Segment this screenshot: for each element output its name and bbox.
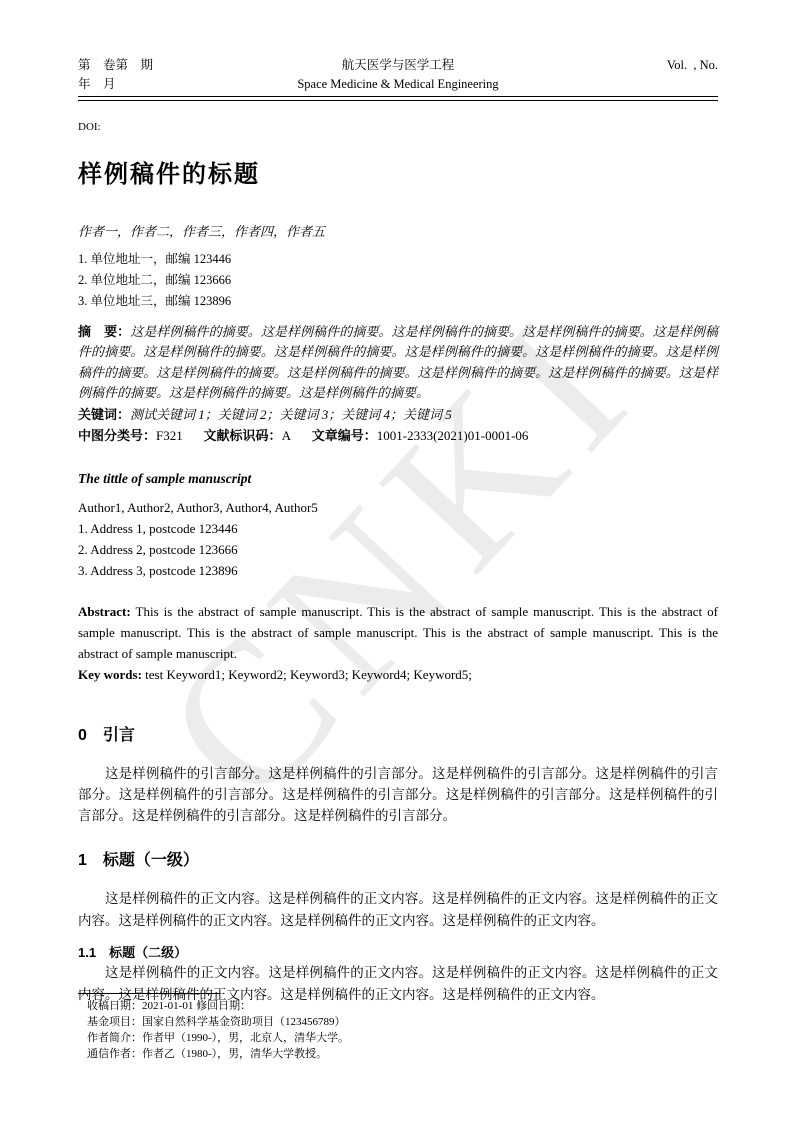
affiliation-cn-3: 3. 单位地址三，邮编 123896	[78, 291, 718, 312]
footnote-rule	[78, 993, 220, 994]
abstract-en-text: This is the abstract of sample manuscrip…	[78, 604, 718, 661]
doi-line: DOI:	[78, 121, 718, 133]
affiliation-en-1: 1. Address 1, postcode 123446	[78, 518, 718, 539]
footnote-block: 收稿日期：2021-01-01 修回日期： 基金项目：国家自然科学基金资助项目（…	[78, 993, 718, 1062]
affiliations-cn: 1. 单位地址一，邮编 123446 2. 单位地址二，邮编 123666 3.…	[78, 249, 718, 312]
intro-paragraph: 这是样例稿件的引言部分。这是样例稿件的引言部分。这是样例稿件的引言部分。这是样例…	[78, 763, 718, 827]
keywords-en-label: Key words:	[78, 667, 142, 682]
article-title-cn: 样例稿件的标题	[78, 161, 718, 189]
affiliation-cn-1: 1. 单位地址一，邮编 123446	[78, 249, 718, 270]
section-heading-intro: 0 引言	[78, 725, 718, 747]
clc-value: F321	[156, 428, 183, 443]
abstract-cn-label: 摘 要：	[78, 324, 130, 339]
keywords-en-text: test Keyword1; Keyword2; Keyword3; Keywo…	[145, 667, 472, 682]
journal-header: 第 卷第 期 年 月 航天医学与医学工程 Space Medicine & Me…	[78, 56, 718, 94]
affiliation-en-2: 2. Address 2, postcode 123666	[78, 539, 718, 560]
section-heading-1: 1 标题（一级）	[78, 850, 718, 872]
vol-no-line: Vol. , No.	[568, 56, 718, 75]
article-title-en: The tittle of sample manuscript	[78, 470, 718, 488]
article-id-value: 1001-2333(2021)01-0001-06	[377, 428, 529, 443]
doc-code-value: A	[282, 428, 291, 443]
doc-code-label: 文献标识码：	[204, 428, 282, 443]
article-id-label: 文章编号：	[312, 428, 377, 443]
journal-title-en: Space Medicine & Medical Engineering	[228, 75, 568, 94]
header-double-rule	[78, 96, 718, 101]
authors-en: Author1, Author2, Author3, Author4, Auth…	[78, 497, 718, 518]
affiliation-en-3: 3. Address 3, postcode 123896	[78, 560, 718, 581]
section-heading-1-1: 1.1 标题（二级）	[78, 944, 718, 962]
page-content: 第 卷第 期 年 月 航天医学与医学工程 Space Medicine & Me…	[78, 0, 718, 1019]
header-vol-block: Vol. , No.	[568, 56, 718, 94]
manuscript-page: CNKI 第 卷第 期 年 月 航天医学与医学工程 Space Medicine…	[0, 0, 794, 1123]
header-journal-block: 航天医学与医学工程 Space Medicine & Medical Engin…	[228, 56, 568, 94]
keywords-en: Key words: test Keyword1; Keyword2; Keyw…	[78, 664, 718, 685]
header-issue-block: 第 卷第 期 年 月	[78, 56, 228, 94]
clc-label: 中图分类号：	[78, 428, 156, 443]
date-line: 年 月	[78, 75, 228, 94]
footnote-funding: 基金项目：国家自然科学基金资助项目（123456789）	[87, 1014, 718, 1030]
keywords-cn-label: 关键词：	[78, 407, 130, 422]
issue-line: 第 卷第 期	[78, 56, 228, 75]
footnote-corresponding-author: 通信作者：作者乙（1980-），男，清华大学教授。	[87, 1046, 718, 1062]
abstract-cn-text: 这是样例稿件的摘要。这是样例稿件的摘要。这是样例稿件的摘要。这是样例稿件的摘要。…	[78, 324, 718, 401]
journal-title-cn: 航天医学与医学工程	[228, 56, 568, 75]
keywords-cn-text: 测试关键词 1；关键词 2；关键词 3；关键词 4；关键词 5	[130, 407, 452, 422]
footnote-author-bio: 作者简介：作者甲（1990-），男，北京人，清华大学。	[87, 1030, 718, 1046]
affiliation-cn-2: 2. 单位地址二，邮编 123666	[78, 270, 718, 291]
keywords-cn: 关键词：测试关键词 1；关键词 2；关键词 3；关键词 4；关键词 5	[78, 404, 718, 425]
footnote-received-date: 收稿日期：2021-01-01 修回日期：	[87, 998, 718, 1014]
footnote-lines: 收稿日期：2021-01-01 修回日期： 基金项目：国家自然科学基金资助项目（…	[78, 998, 718, 1062]
section-1-paragraph: 这是样例稿件的正文内容。这是样例稿件的正文内容。这是样例稿件的正文内容。这是样例…	[78, 888, 718, 931]
authors-cn: 作者一，作者二，作者三，作者四，作者五	[78, 223, 718, 241]
abstract-cn: 摘 要：这是样例稿件的摘要。这是样例稿件的摘要。这是样例稿件的摘要。这是样例稿件…	[78, 322, 718, 404]
clc-line: 中图分类号：F321文献标识码：A文章编号：1001-2333(2021)01-…	[78, 425, 718, 446]
affiliations-en: 1. Address 1, postcode 123446 2. Address…	[78, 518, 718, 581]
abstract-en: Abstract: This is the abstract of sample…	[78, 601, 718, 664]
abstract-en-label: Abstract:	[78, 604, 131, 619]
